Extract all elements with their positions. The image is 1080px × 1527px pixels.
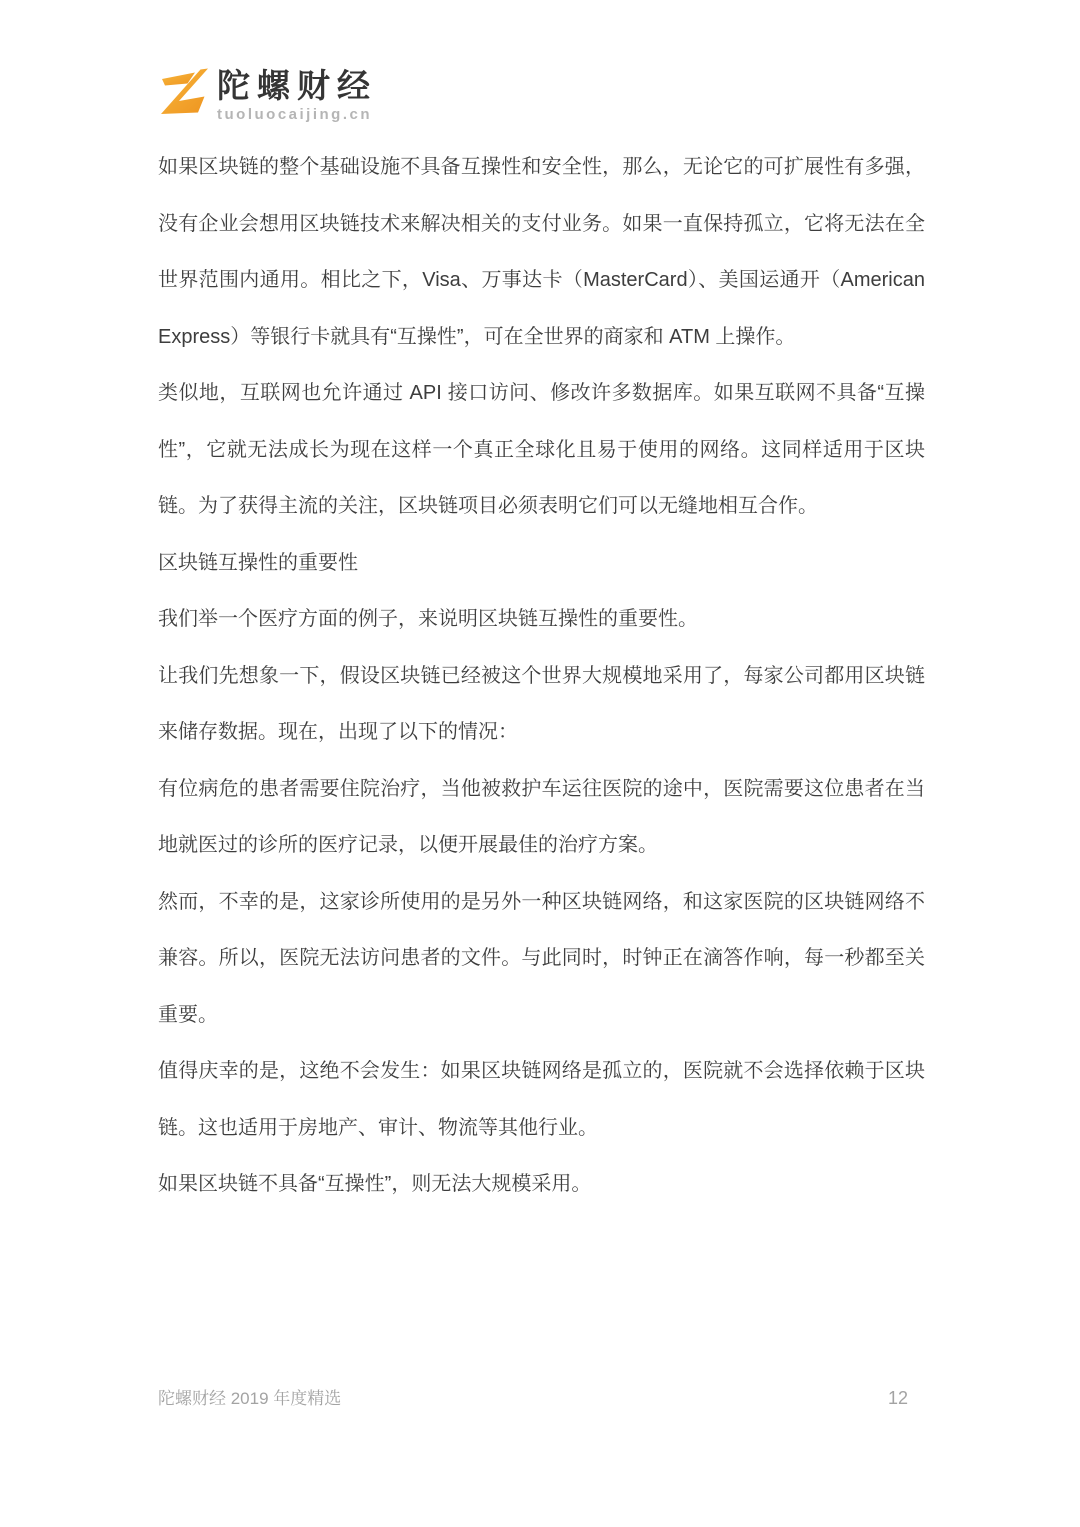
- body-paragraph: 我们举一个医疗方面的例子，来说明区块链互操性的重要性。: [158, 591, 925, 648]
- document-page: 陀螺财经 tuoluocaijing.cn 如果区块链的整个基础设施不具备互操性…: [0, 0, 1080, 1527]
- section-heading: 区块链互操性的重要性: [158, 535, 925, 592]
- brand-logo: 陀螺财经 tuoluocaijing.cn: [158, 66, 377, 123]
- logo-text: 陀螺财经 tuoluocaijing.cn: [217, 66, 377, 123]
- article-body: 如果区块链的整个基础设施不具备互操性和安全性，那么，无论它的可扩展性有多强，没有…: [158, 139, 925, 1213]
- brand-name: 陀螺财经: [217, 69, 377, 102]
- page-footer: 陀螺财经 2019 年度精选 12: [158, 1384, 908, 1409]
- body-paragraph: 类似地，互联网也允许通过 API 接口访问、修改许多数据库。如果互联网不具备“互…: [158, 365, 925, 535]
- body-paragraph: 然而，不幸的是，这家诊所使用的是另外一种区块链网络，和这家医院的区块链网络不兼容…: [158, 874, 925, 1044]
- body-paragraph: 让我们先想象一下，假设区块链已经被这个世界大规模地采用了，每家公司都用区块链来储…: [158, 648, 925, 761]
- footer-title: 陀螺财经 2019 年度精选: [158, 1384, 341, 1409]
- z-logo-icon: [158, 66, 208, 120]
- page-number: 12: [888, 1388, 908, 1409]
- body-paragraph: 有位病危的患者需要住院治疗，当他被救护车运往医院的途中，医院需要这位患者在当地就…: [158, 761, 925, 874]
- body-paragraph: 值得庆幸的是，这绝不会发生：如果区块链网络是孤立的，医院就不会选择依赖于区块链。…: [158, 1043, 925, 1156]
- body-paragraph: 如果区块链的整个基础设施不具备互操性和安全性，那么，无论它的可扩展性有多强，没有…: [158, 139, 925, 365]
- body-paragraph: 如果区块链不具备“互操性”，则无法大规模采用。: [158, 1156, 925, 1213]
- brand-domain: tuoluocaijing.cn: [217, 106, 377, 123]
